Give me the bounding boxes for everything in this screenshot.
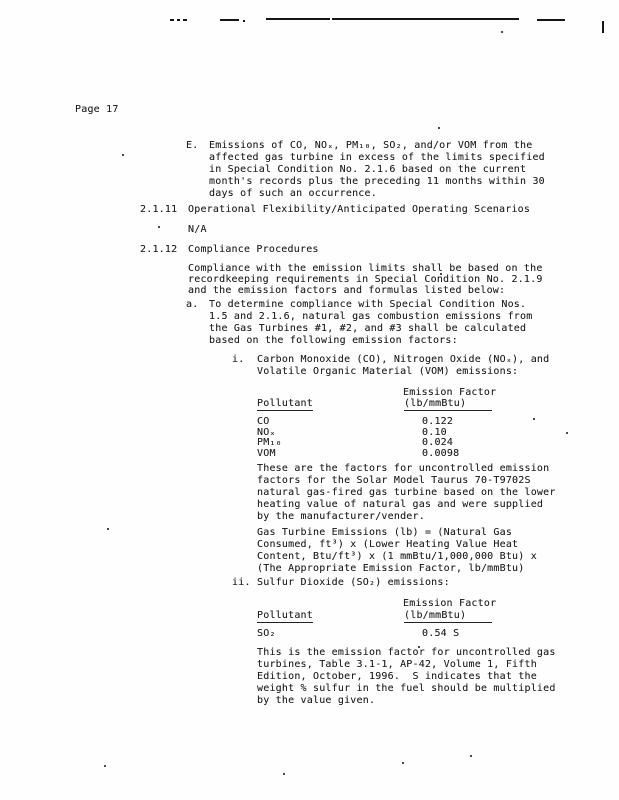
table-1-col1-header-text: Pollutant [257,398,313,411]
table-2-col2-header: Emission Factor [403,598,496,610]
table-1-col1-header: Pollutant [257,398,313,410]
scan-artifact-line [332,18,519,20]
table-row: VOM0.0098 [257,449,459,460]
item-a-text: To determine compliance with Special Con… [209,299,532,347]
table-2-col1-header-text: Pollutant [257,610,313,623]
scan-artifact-line [602,21,604,33]
table-2-col2-subheader: (lb/mmBtu) [404,610,492,622]
table-2-col2-subheader-text: (lb/mmBtu) [404,610,492,623]
item-a-marker: a. [186,299,198,311]
table-row: NOₓ0.10 [257,428,447,439]
pollutant-cell: VOM [257,449,422,460]
uncontrolled-factors-note: These are the factors for uncontrolled e… [257,463,556,523]
scan-speck [566,432,568,434]
value-cell: 0.10 [422,427,447,438]
scan-speck [283,773,285,775]
scan-speck [501,31,503,33]
pollutant-cell: SO₂ [257,629,422,640]
table-1-col2-subheader-text: (lb/mmBtu) [404,398,492,411]
scan-speck [438,127,440,129]
section-2-1-12-title: Compliance Procedures [188,244,319,256]
table-row: SO₂0.54 S [257,629,459,640]
compliance-intro: Compliance with the emission limits shal… [188,263,543,296]
item-i-text: Carbon Monoxide (CO), Nitrogen Oxide (NO… [257,354,549,378]
page-number: Page 17 [75,104,119,116]
item-i-marker: i. [232,354,244,366]
scan-speck [122,154,124,156]
section-2-1-12-number: 2.1.12 [140,244,177,256]
value-cell: 0.0098 [422,448,459,459]
scan-speck [107,528,109,530]
scan-artifact-line [220,19,239,21]
value-cell: 0.024 [422,437,453,448]
value-cell: 0.54 S [422,628,459,639]
scan-artifact-line [537,19,565,21]
value-cell: 0.122 [422,416,453,427]
scan-artifact-line [170,19,174,21]
item-ii-marker: ii. [232,577,251,589]
scan-artifact-line [177,19,180,21]
scan-speck [470,755,472,757]
section-2-1-11-number: 2.1.11 [140,204,177,216]
scan-speck [158,226,160,228]
pollutant-cell: CO [257,417,422,428]
gas-turbine-emissions-formula: Gas Turbine Emissions (lb) = (Natural Ga… [257,527,537,575]
table-2-col1-header: Pollutant [257,610,313,622]
scan-speck [104,765,106,767]
item-e-text: Emissions of CO, NOₓ, PM₁₀, SO₂, and/or … [209,140,545,200]
scan-artifact-line [243,20,245,22]
section-2-1-11-title: Operational Flexibility/Anticipated Oper… [188,204,530,216]
scan-artifact-line [183,19,187,21]
scan-speck [402,762,404,764]
section-2-1-11-body: N/A [188,224,207,236]
so2-factor-note: This is the emission factor for uncontro… [257,647,556,707]
item-ii-text: Sulfur Dioxide (SO₂) emissions: [257,577,450,589]
item-e-marker: E. [186,140,198,152]
pollutant-cell: PM₁₀ [257,438,422,449]
scanned-document-page: Page 17 E. Emissions of CO, NOₓ, PM₁₀, S… [0,0,619,800]
scan-speck [533,418,535,420]
table-1-col2-subheader: (lb/mmBtu) [404,398,492,410]
scan-artifact-line [266,18,330,20]
